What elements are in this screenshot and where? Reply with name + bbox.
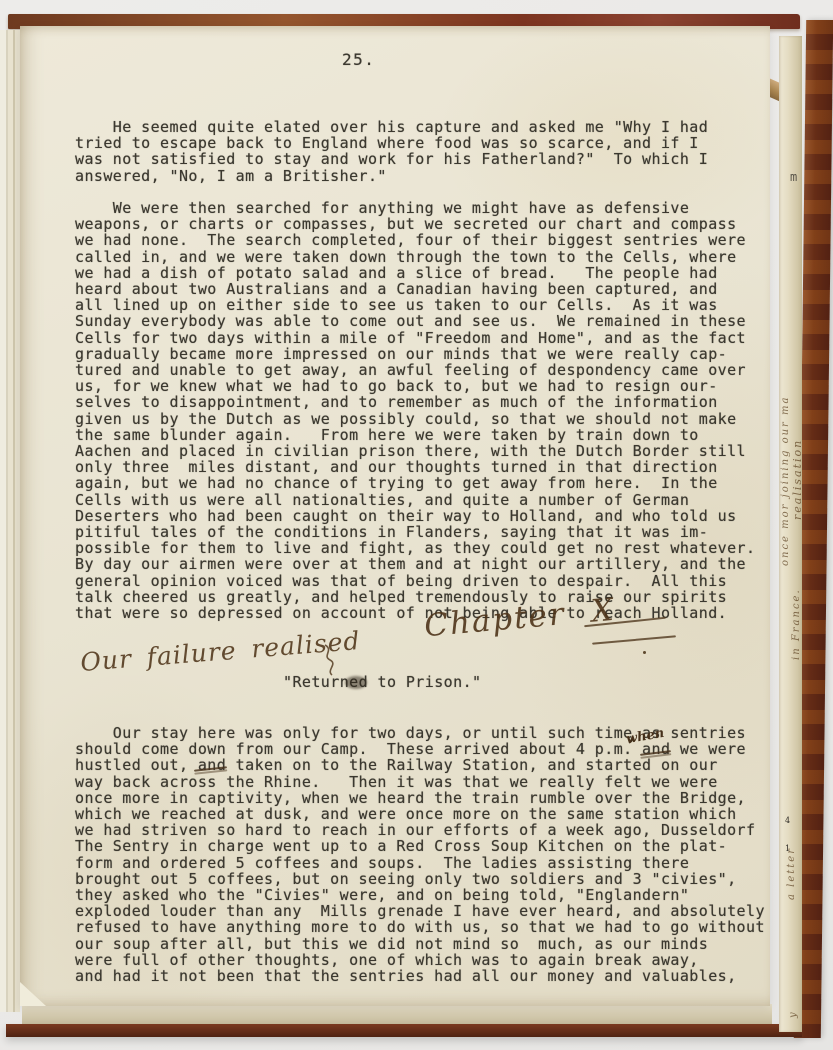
typed-fragment-next-page: m: [790, 170, 797, 184]
pencil-mark: 4: [785, 816, 790, 825]
page-stack-bottom-edge: [22, 1004, 772, 1026]
margin-handwriting-fragment: a letter: [786, 847, 797, 900]
pen-dot: [643, 651, 646, 654]
book-cover-bottom-edge: [6, 1024, 802, 1037]
page-gutter-edge: [0, 30, 20, 1012]
paragraph-3: Our stay here was only for two days, or …: [75, 725, 765, 984]
paragraph-2: We were then searched for anything we mi…: [75, 200, 755, 621]
typed-chapter-heading: "Returned to Prison.": [283, 674, 481, 690]
margin-handwriting-fragment: realisation: [791, 439, 804, 520]
margin-handwriting-fragment: once mor joining our ma: [780, 396, 791, 566]
paragraph-1: He seemed quite elated over his capture …: [75, 119, 708, 184]
pencil-mark: 1: [785, 844, 790, 853]
overtype-ink-smudge: [345, 676, 367, 689]
margin-handwriting-fragment: in France.: [791, 588, 802, 660]
margin-handwriting-fragment: y: [788, 1010, 799, 1018]
page-corner-wear: [20, 982, 46, 1006]
pen-flourish-mark: [320, 642, 346, 678]
page-number: 25.: [342, 52, 375, 68]
